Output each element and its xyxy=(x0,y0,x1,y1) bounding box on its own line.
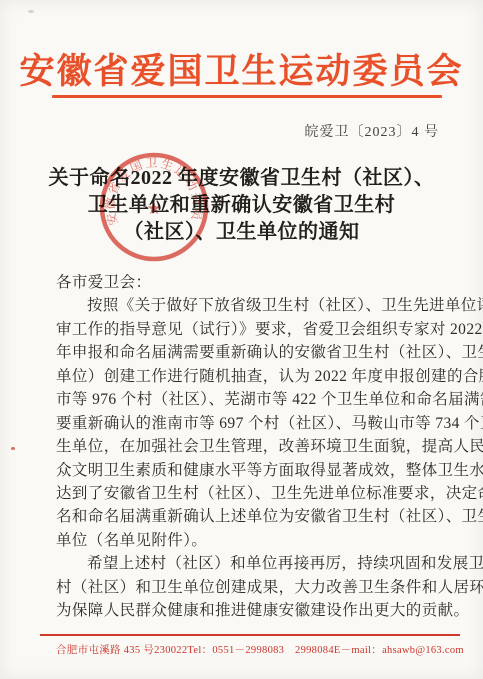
scan-speck xyxy=(11,447,15,450)
footer-postcode: 230022 xyxy=(154,645,187,656)
body-line: 审工作的指导意见（试行）》要求，省爱卫会组织专家对 2022 xyxy=(56,318,434,341)
footer-contact-line: 合肥市屯溪路 435 号 230022 Tel：0551－2998083 299… xyxy=(56,642,454,657)
body-line: 单位）创建工作进行随机抽查，认为 2022 年度申报创建的合肥 xyxy=(56,365,434,388)
body-line: 年申报和命名届满需要重新确认的安徽省卫生村（社区）、卫生 xyxy=(56,341,434,364)
body-line: 达到了安徽省卫生村（社区）、卫生先进单位标准要求，决定命 xyxy=(56,482,434,505)
document-page: 安徽省爱国卫生运动委员会 皖爱卫〔2023〕4 号 关于命名2022 年度安徽省… xyxy=(0,0,483,679)
body-line: 单位（名单见附件）。 xyxy=(56,529,434,552)
body-line: 要重新确认的淮南市等 697 个村（社区）、马鞍山市等 734 个卫 xyxy=(56,412,434,435)
document-title: 关于命名2022 年度安徽省卫生村（社区）、 卫生单位和重新确认安徽省卫生村 （… xyxy=(0,165,483,246)
official-seal-stamp: 安徽省爱国卫生运动委员会 ★ xyxy=(97,150,211,264)
document-title-line-3: （社区）、卫生单位的通知 xyxy=(0,219,483,246)
salutation-line: 各市爱卫会： xyxy=(56,271,434,294)
body-line: 名和命名届满重新确认上述单位为安徽省卫生村（社区）、卫生 xyxy=(56,505,434,528)
footer-divider xyxy=(40,634,460,636)
document-title-line-1: 关于命名2022 年度安徽省卫生村（社区）、 xyxy=(0,165,483,192)
document-body: 各市爱卫会： 按照《关于做好下放省级卫生村（社区）、卫生先进单位评 审工作的指导… xyxy=(56,271,434,623)
body-line: 希望上述村（社区）和单位再接再厉，持续巩固和发展卫生 xyxy=(56,552,434,575)
seal-star-icon: ★ xyxy=(146,199,161,218)
document-title-line-2: 卫生单位和重新确认安徽省卫生村 xyxy=(0,192,483,219)
body-line: 按照《关于做好下放省级卫生村（社区）、卫生先进单位评 xyxy=(56,294,434,317)
letterhead-org-name: 安徽省爱国卫生运动委员会 xyxy=(0,44,483,94)
body-line: 市等 976 个村（社区）、芜湖市等 422 个卫生单位和命名届满需 xyxy=(56,388,434,411)
body-line: 众文明卫生素质和健康水平等方面取得显著成效，整体卫生水平 xyxy=(56,459,434,482)
scan-speck xyxy=(28,10,34,13)
body-line: 生单位，在加强社会卫生管理，改善环境卫生面貌，提高人民群 xyxy=(56,435,434,458)
body-line: 为保障人民群众健康和推进健康安徽建设作出更大的贡献。 xyxy=(56,599,434,622)
footer-telephone: Tel：0551－2998083 2998084 xyxy=(187,642,333,657)
footer-email: E－mail：ahsawb@163.com xyxy=(334,642,464,657)
body-line: 村（社区）和卫生单位创建成果，大力改善卫生条件和人居环境， xyxy=(56,576,434,599)
footer-address: 合肥市屯溪路 435 号 xyxy=(56,642,154,657)
document-number: 皖爱卫〔2023〕4 号 xyxy=(305,121,440,141)
letterhead-divider xyxy=(52,95,442,98)
